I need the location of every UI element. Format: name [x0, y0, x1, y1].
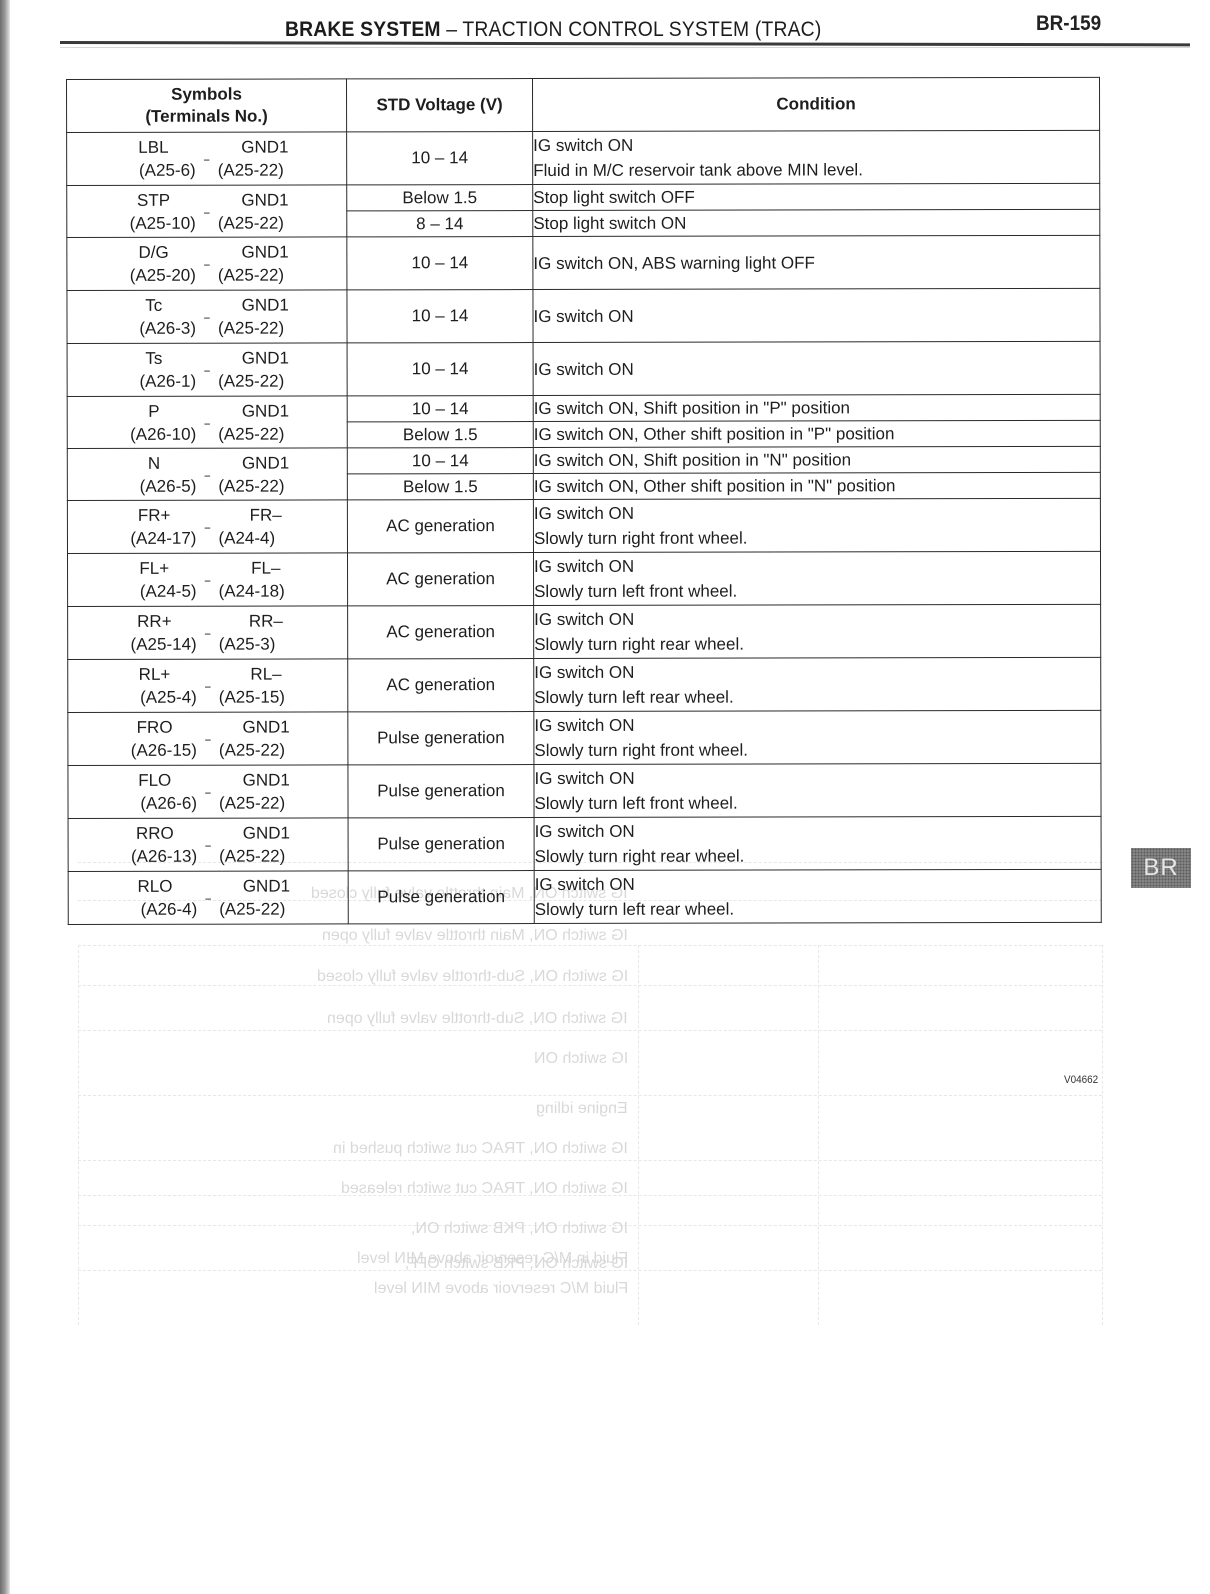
std-voltage-cell: AC generation	[347, 553, 533, 606]
condition-line: IG switch ON	[534, 659, 1100, 685]
page-title: BRAKE SYSTEM – TRACTION CONTROL SYSTEM (…	[285, 18, 821, 42]
condition-line: IG switch ON	[534, 606, 1100, 632]
terminal-symbol-negative: GND1	[215, 874, 348, 897]
bleed-text: Fluid in M/C reservoir above MIN level	[357, 1250, 628, 1268]
bleed-row-line	[78, 985, 1102, 986]
terminal-symbol-negative: GND1	[215, 821, 348, 844]
terminal-symbol-negative: GND1	[214, 451, 347, 474]
terminal-number-negative: (A25-22)	[214, 316, 347, 339]
terminal-symbols-cell: PGND1(A26-10)‾(A25-22)	[67, 396, 347, 449]
bleed-col-line	[1102, 945, 1103, 1325]
terminal-symbol-negative: GND1	[214, 135, 347, 158]
terminal-pair-dash: ‾	[201, 841, 215, 864]
terminal-pair-dash: ‾	[200, 260, 214, 283]
std-voltage-cell: 10 – 14	[347, 396, 533, 422]
condition-line: Stop light switch OFF	[533, 184, 1099, 210]
terminal-symbol-positive: FL+	[68, 557, 201, 580]
bleed-row-line	[78, 1195, 1102, 1196]
terminal-pair-dash: ‾	[200, 207, 214, 230]
terminal-number-positive: (A25-4)	[68, 686, 201, 709]
condition-cell: Stop light switch ON	[533, 209, 1100, 236]
terminal-number-negative: (A24-4)	[214, 526, 347, 549]
condition-line: IG switch ON	[535, 871, 1101, 897]
terminal-symbols-cell: RL+RL–(A25-4)‾(A25-15)	[68, 659, 348, 713]
terminal-number-positive: (A26-10)	[68, 422, 201, 445]
terminal-number-negative: (A25-22)	[214, 474, 347, 497]
condition-cell: IG switch ONSlowly turn right front whee…	[533, 498, 1100, 552]
condition-cell: IG switch ONSlowly turn left front wheel…	[533, 551, 1100, 605]
bleed-text: IG switch ON, Sub-throttle valve fully c…	[317, 968, 628, 986]
terminal-number-positive: (A26-13)	[69, 845, 202, 868]
table-row: LBLGND1(A25-6)‾(A25-22)10 – 14IG switch …	[67, 130, 1100, 185]
page-number: BR-159	[1036, 12, 1101, 36]
condition-line: IG switch ON	[533, 132, 1099, 158]
terminal-symbol-positive: STP	[67, 188, 200, 211]
terminal-symbol-positive: N	[68, 451, 201, 474]
bleed-text: Engine idling	[536, 1100, 628, 1118]
table-row: FLOGND1(A26-6)‾(A25-22)Pulse generationI…	[68, 763, 1101, 818]
bleed-col-line	[638, 945, 639, 1325]
std-voltage-cell: Below 1.5	[347, 422, 533, 448]
page-title-section: BRAKE SYSTEM	[285, 18, 441, 41]
table-row: RROGND1(A26-13)‾(A25-22)Pulse generation…	[68, 816, 1101, 871]
terminal-symbol-positive: D/G	[67, 241, 200, 264]
terminal-number-negative: (A25-22)	[215, 791, 348, 814]
terminal-number-positive: (A25-20)	[67, 264, 200, 287]
condition-cell: IG switch ON, Other shift position in "N…	[533, 472, 1100, 499]
condition-cell: IG switch ONSlowly turn right rear wheel…	[534, 816, 1101, 870]
terminal-symbols-cell: STPGND1(A25-10)‾(A25-22)	[67, 185, 347, 238]
condition-line: IG switch ON	[535, 818, 1101, 844]
header-symbols-line2: (Terminals No.)	[67, 105, 346, 128]
terminal-number-negative: (A25-22)	[214, 211, 347, 234]
condition-cell: IG switch ONSlowly turn left rear wheel.	[534, 869, 1101, 923]
terminal-symbol-positive: FR+	[68, 504, 201, 527]
terminal-voltage-table: Symbols (Terminals No.) STD Voltage (V) …	[66, 77, 1102, 925]
condition-line: Stop light switch ON	[533, 210, 1099, 236]
terminal-number-negative: (A25-22)	[214, 263, 347, 286]
condition-line: IG switch ON	[534, 500, 1100, 526]
terminal-number-negative: (A25-22)	[214, 422, 347, 445]
page-binding-edge	[0, 0, 10, 1594]
condition-line: Slowly turn left front wheel.	[534, 578, 1100, 604]
terminal-symbols-cell: TcGND1(A26-3)‾(A25-22)	[67, 290, 347, 344]
condition-cell: IG switch ON, Other shift position in "P…	[533, 420, 1100, 447]
terminal-number-negative: (A25-15)	[215, 685, 348, 708]
terminal-number-negative: (A25-22)	[214, 158, 347, 181]
condition-line: Slowly turn left front wheel.	[534, 790, 1100, 816]
terminal-pair-dash: ‾	[201, 576, 215, 599]
condition-cell: IG switch ONFluid in M/C reservoir tank …	[533, 130, 1100, 184]
terminal-symbol-negative: GND1	[214, 188, 347, 211]
terminal-number-positive: (A26-3)	[67, 317, 200, 340]
terminal-symbol-negative: RL–	[215, 662, 348, 685]
bleed-text: IG switch ON, PKB switch ON,	[411, 1220, 628, 1238]
terminal-pair-dash: ‾	[200, 418, 214, 441]
terminal-symbol-negative: GND1	[215, 715, 348, 738]
terminal-number-positive: (A26-1)	[68, 370, 201, 393]
table-row: NGND1(A26-5)‾(A25-22)10 – 14IG switch ON…	[67, 446, 1100, 474]
header-symbols-line1: Symbols	[67, 83, 346, 106]
terminal-number-positive: (A25-6)	[67, 159, 200, 182]
terminal-number-positive: (A26-6)	[68, 792, 201, 815]
condition-line: IG switch ON, Other shift position in "P…	[534, 421, 1100, 447]
terminal-symbol-negative: GND1	[215, 768, 348, 791]
condition-cell: IG switch ONSlowly turn left front wheel…	[534, 763, 1101, 817]
terminal-symbol-positive: RL+	[68, 663, 201, 686]
terminal-pair-dash: ‾	[201, 735, 215, 758]
table-row: RR+RR–(A25-14)‾(A25-3)AC generationIG sw…	[68, 604, 1101, 659]
terminal-symbol-positive: Ts	[68, 347, 201, 370]
std-voltage-cell: 10 – 14	[347, 132, 533, 185]
terminal-pair-dash: ‾	[201, 682, 215, 705]
condition-line: IG switch ON, ABS warning light OFF	[533, 249, 1099, 275]
terminal-symbol-positive: FRO	[68, 716, 201, 739]
std-voltage-cell: AC generation	[348, 606, 534, 659]
terminal-number-positive: (A26-4)	[69, 898, 202, 921]
terminal-symbol-positive: LBL	[67, 136, 200, 159]
condition-line: IG switch ON, Shift position in "P" posi…	[534, 395, 1100, 421]
condition-cell: IG switch ONSlowly turn right rear wheel…	[534, 604, 1101, 658]
table-row: RL+RL–(A25-4)‾(A25-15)AC generationIG sw…	[68, 657, 1101, 712]
condition-cell: IG switch ONSlowly turn left rear wheel.	[534, 657, 1101, 711]
std-voltage-cell: Pulse generation	[348, 818, 534, 871]
terminal-number-negative: (A25-3)	[215, 632, 348, 655]
condition-line: Slowly turn left rear wheel.	[535, 896, 1101, 922]
terminal-symbol-negative: GND1	[214, 346, 347, 369]
table-row: STPGND1(A25-10)‾(A25-22)Below 1.5Stop li…	[67, 183, 1100, 211]
bleed-col-line	[78, 945, 79, 1325]
bleed-text: IG switch ON, TRAC cut switch pushed in	[333, 1140, 628, 1158]
table-row: FROGND1(A26-15)‾(A25-22)Pulse generation…	[68, 710, 1101, 765]
table-header-row: Symbols (Terminals No.) STD Voltage (V) …	[67, 77, 1100, 132]
condition-line: IG switch ON, Other shift position in "N…	[534, 473, 1100, 499]
terminal-number-negative: (A25-22)	[215, 897, 348, 920]
table-row: PGND1(A26-10)‾(A25-22)10 – 14IG switch O…	[67, 394, 1100, 422]
std-voltage-cell: Pulse generation	[348, 712, 534, 765]
terminal-symbol-positive: RLO	[69, 875, 202, 898]
std-voltage-cell: AC generation	[348, 659, 534, 712]
terminal-symbol-positive: Tc	[67, 294, 200, 317]
bleed-row-line	[78, 1270, 1102, 1271]
bleed-text: Fluid M/C reservoir above MIN level	[374, 1280, 628, 1298]
condition-line: Fluid in M/C reservoir tank above MIN le…	[533, 157, 1099, 183]
terminal-symbol-negative: RR–	[215, 609, 348, 632]
bleed-text: IG switch ON, Main throttle valve fully …	[322, 927, 628, 945]
std-voltage-cell: Below 1.5	[347, 185, 533, 211]
terminal-symbols-cell: RR+RR–(A25-14)‾(A25-3)	[68, 606, 348, 660]
table-row: TcGND1(A26-3)‾(A25-22)10 – 14IG switch O…	[67, 288, 1100, 343]
terminal-pair-dash: ‾	[200, 366, 214, 389]
terminal-symbol-negative: FL–	[215, 556, 348, 579]
terminal-symbol-positive: FLO	[68, 769, 201, 792]
table-row: FR+FR–(A24-17)‾(A24-4)AC generationIG sw…	[67, 498, 1100, 553]
terminal-pair-dash: ‾	[200, 523, 214, 546]
condition-line: Slowly turn right rear wheel.	[534, 631, 1100, 657]
table-row: TsGND1(A26-1)‾(A25-22)10 – 14IG switch O…	[67, 341, 1100, 396]
bleed-row-line	[78, 1095, 1102, 1096]
condition-cell: Stop light switch OFF	[533, 183, 1100, 210]
std-voltage-cell: Below 1.5	[347, 474, 533, 500]
std-voltage-cell: 10 – 14	[347, 290, 533, 343]
terminal-symbols-cell: LBLGND1(A25-6)‾(A25-22)	[67, 132, 347, 186]
std-voltage-cell: 10 – 14	[347, 448, 533, 474]
header-symbols: Symbols (Terminals No.)	[67, 79, 347, 133]
bleed-text: IG switch ON, PKB switch OFF,	[405, 1255, 628, 1273]
terminal-symbols-cell: TsGND1(A26-1)‾(A25-22)	[67, 343, 347, 397]
terminal-symbols-cell: RROGND1(A26-13)‾(A25-22)	[68, 818, 348, 872]
terminal-pair-dash: ‾	[200, 313, 214, 336]
terminal-pair-dash: ‾	[201, 788, 215, 811]
terminal-number-positive: (A25-14)	[68, 633, 201, 656]
bleed-col-line	[818, 945, 819, 1325]
header-condition: Condition	[533, 77, 1100, 131]
terminal-symbol-positive: RR+	[68, 610, 201, 633]
terminal-symbol-negative: GND1	[214, 399, 347, 422]
std-voltage-cell: 10 – 14	[347, 237, 533, 290]
terminal-symbols-cell: FR+FR–(A24-17)‾(A24-4)	[67, 500, 347, 554]
condition-line: IG switch ON	[534, 553, 1100, 579]
terminal-symbol-positive: RRO	[69, 822, 202, 845]
std-voltage-cell: 8 – 14	[347, 211, 533, 237]
terminal-symbols-cell: RLOGND1(A26-4)‾(A25-22)	[68, 871, 348, 925]
bleed-text: IG switch ON, TRAC cut switch released	[341, 1180, 628, 1198]
terminal-number-positive: (A24-5)	[68, 580, 201, 603]
terminal-pair-dash: ‾	[200, 470, 214, 493]
condition-cell: IG switch ON, ABS warning light OFF	[533, 235, 1100, 289]
terminal-symbol-negative: FR–	[214, 503, 347, 526]
terminal-pair-dash: ‾	[200, 155, 214, 178]
terminal-pair-dash: ‾	[201, 894, 215, 917]
terminal-number-negative: (A25-22)	[215, 738, 348, 761]
condition-line: IG switch ON	[534, 712, 1100, 738]
terminal-pair-dash: ‾	[201, 629, 215, 652]
terminal-number-negative: (A25-22)	[215, 844, 348, 867]
std-voltage-cell: AC generation	[347, 500, 533, 553]
condition-cell: IG switch ON	[533, 288, 1100, 342]
bleed-row-line	[78, 1160, 1102, 1161]
terminal-number-negative: (A24-18)	[215, 579, 348, 602]
figure-code: V04662	[1064, 1074, 1098, 1086]
condition-cell: IG switch ONSlowly turn right front whee…	[534, 710, 1101, 764]
terminal-number-positive: (A26-15)	[68, 739, 201, 762]
header-std-voltage: STD Voltage (V)	[347, 79, 533, 132]
table-row: FL+FL–(A24-5)‾(A24-18)AC generationIG sw…	[67, 551, 1100, 606]
std-voltage-cell: Pulse generation	[348, 871, 534, 924]
terminal-symbol-negative: GND1	[214, 293, 347, 316]
terminal-number-positive: (A25-10)	[67, 211, 200, 234]
bleed-row-line	[78, 1225, 1102, 1226]
header-rule	[60, 41, 1190, 46]
bleed-text: IG switch ON, Sub-throttle valve fully o…	[327, 1010, 628, 1028]
std-voltage-cell: 10 – 14	[347, 343, 533, 396]
terminal-number-positive: (A24-17)	[68, 527, 201, 550]
table-row: D/GGND1(A25-20)‾(A25-22)10 – 14IG switch…	[67, 235, 1100, 290]
terminal-symbols-cell: FL+FL–(A24-5)‾(A24-18)	[67, 553, 347, 607]
header-rule-shadow	[60, 47, 1190, 48]
condition-cell: IG switch ON, Shift position in "P" posi…	[533, 394, 1100, 421]
terminal-symbols-cell: FROGND1(A26-15)‾(A25-22)	[68, 712, 348, 766]
terminal-symbol-negative: GND1	[214, 240, 347, 263]
page-title-subsection: TRACTION CONTROL SYSTEM (TRAC)	[462, 18, 821, 41]
terminal-symbols-cell: NGND1(A26-5)‾(A25-22)	[67, 448, 347, 501]
condition-cell: IG switch ON	[533, 341, 1100, 395]
condition-line: Slowly turn right front wheel.	[534, 737, 1100, 763]
condition-cell: IG switch ON, Shift position in "N" posi…	[533, 446, 1100, 473]
std-voltage-cell: Pulse generation	[348, 765, 534, 818]
table-row: RLOGND1(A26-4)‾(A25-22)Pulse generationI…	[68, 869, 1101, 924]
condition-line: Slowly turn left rear wheel.	[534, 684, 1100, 710]
condition-line: Slowly turn right rear wheel.	[535, 843, 1101, 869]
terminal-symbol-positive: P	[68, 399, 201, 422]
bleed-text: IG switch ON	[534, 1050, 628, 1068]
condition-line: IG switch ON, Shift position in "N" posi…	[534, 447, 1100, 473]
condition-line: IG switch ON	[533, 302, 1099, 328]
page-title-separator: –	[446, 18, 457, 41]
terminal-symbols-cell: FLOGND1(A26-6)‾(A25-22)	[68, 765, 348, 819]
condition-line: IG switch ON	[534, 355, 1100, 381]
condition-line: Slowly turn right front wheel.	[534, 525, 1100, 551]
terminal-number-positive: (A26-5)	[68, 474, 201, 497]
terminal-number-negative: (A25-22)	[214, 369, 347, 392]
bleed-row-line	[78, 1030, 1102, 1031]
section-tab-br: BR	[1131, 848, 1191, 888]
bleed-row-line	[78, 945, 1102, 946]
terminal-symbols-cell: D/GGND1(A25-20)‾(A25-22)	[67, 237, 347, 291]
condition-line: IG switch ON	[534, 765, 1100, 791]
